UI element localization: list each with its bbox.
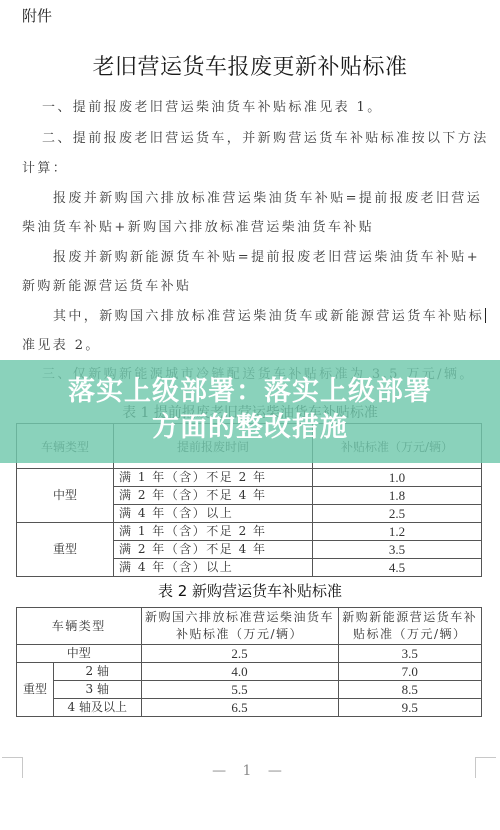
table2-header-diesel-line2: 补贴标准（万元/辆） (142, 626, 338, 643)
table2: 车辆类型 新购国六排放标准营运柴油货车 补贴标准（万元/辆） 新购新能源营运货车… (16, 607, 482, 717)
paragraph-formula-1: 报废并新购国六排放标准营运柴油货车补贴=提前报废老旧营运 (53, 187, 482, 206)
table1-value: 3.5 (313, 541, 482, 559)
table1-period: 满 1 年（含）不足 2 年 (114, 469, 313, 487)
table2-caption: 表 2 新购营运货车补贴标准 (0, 580, 500, 601)
banner-line-1: 落实上级部署：落实上级部署 (0, 374, 500, 410)
document-page: 附件 老旧营运货车报废更新补贴标准 一、提前报废老旧营运柴油货车补贴标准见表 1… (0, 0, 500, 830)
table1-value: 1.2 (313, 523, 482, 541)
table2-type-medium: 中型 (17, 645, 142, 663)
paragraph-note-text: 其中，新购国六排放标准营运柴油货车或新能源营运货车补贴标 (53, 309, 484, 324)
table2-header-ev: 新购新能源营运货车补 贴标准（万元/辆） (338, 608, 481, 645)
page-number: — 1 — (0, 763, 500, 779)
table1-period: 满 1 年（含）不足 2 年 (114, 523, 313, 541)
table1-period: 满 2 年（含）不足 4 年 (114, 487, 313, 505)
table-row: 3 轴 5.5 8.5 (17, 681, 482, 699)
attachment-label: 附件 (22, 5, 52, 26)
table2-ev-value: 3.5 (338, 645, 481, 663)
table-row: 重型 满 1 年（含）不足 2 年 1.2 (17, 523, 482, 541)
table-row: 4 轴及以上 6.5 9.5 (17, 699, 482, 717)
table2-axle: 2 轴 (54, 663, 142, 681)
table1-type-medium: 中型 (17, 469, 114, 523)
table1-period: 满 2 年（含）不足 4 年 (114, 541, 313, 559)
table1-period: 满 4 年（含）以上 (114, 505, 313, 523)
banner-headline: 落实上级部署：落实上级部署 方面的整改措施 (0, 374, 500, 446)
table1-value: 1.8 (313, 487, 482, 505)
paragraph-note-cont: 准见表 2。 (22, 334, 101, 353)
table2-axle: 4 轴及以上 (54, 699, 142, 717)
table2-diesel-value: 5.5 (141, 681, 338, 699)
paragraph-2: 二、提前报废老旧营运货车，并新购营运货车补贴标准按以下方法 (42, 127, 489, 146)
table2-type-heavy: 重型 (17, 663, 54, 717)
paragraph-formula-2: 报废并新购新能源货车补贴=提前报废老旧营运柴油货车补贴+ (53, 246, 480, 265)
table1-value: 4.5 (313, 559, 482, 577)
table2-header-ev-line1: 新购新能源营运货车补 (339, 609, 481, 626)
table1-value: 1.0 (313, 469, 482, 487)
text-cursor (485, 308, 486, 323)
table2-header-diesel: 新购国六排放标准营运柴油货车 补贴标准（万元/辆） (141, 608, 338, 645)
banner-line-2: 方面的整改措施 (0, 410, 500, 446)
paragraph-formula-2-cont: 新购新能源营运货车补贴 (22, 275, 191, 294)
table2-ev-value: 7.0 (338, 663, 481, 681)
table2-diesel-value: 4.0 (141, 663, 338, 681)
paragraph-note[interactable]: 其中，新购国六排放标准营运柴油货车或新能源营运货车补贴标 (53, 305, 486, 324)
table1-period: 满 4 年（含）以上 (114, 559, 313, 577)
table2-axle: 3 轴 (54, 681, 142, 699)
table2-ev-value: 9.5 (338, 699, 481, 717)
table-row: 重型 2 轴 4.0 7.0 (17, 663, 482, 681)
table2-header-type: 车辆类型 (17, 608, 142, 645)
table2-diesel-value: 6.5 (141, 699, 338, 717)
table-row: 中型 2.5 3.5 (17, 645, 482, 663)
table2-diesel-value: 2.5 (141, 645, 338, 663)
table2-ev-value: 8.5 (338, 681, 481, 699)
paragraph-1: 一、提前报废老旧营运柴油货车补贴标准见表 1。 (42, 96, 383, 115)
table1-type-heavy: 重型 (17, 523, 114, 577)
table1-value: 2.5 (313, 505, 482, 523)
paragraph-formula-1-cont: 柴油货车补贴+新购国六排放标准营运柴油货车补贴 (22, 216, 374, 235)
paragraph-2-cont: 计算： (22, 157, 68, 176)
table2-header-diesel-line1: 新购国六排放标准营运柴油货车 (142, 609, 338, 626)
table2-header-ev-line2: 贴标准（万元/辆） (339, 626, 481, 643)
table-row: 中型 满 1 年（含）不足 2 年 1.0 (17, 469, 482, 487)
document-title: 老旧营运货车报废更新补贴标准 (0, 50, 500, 81)
